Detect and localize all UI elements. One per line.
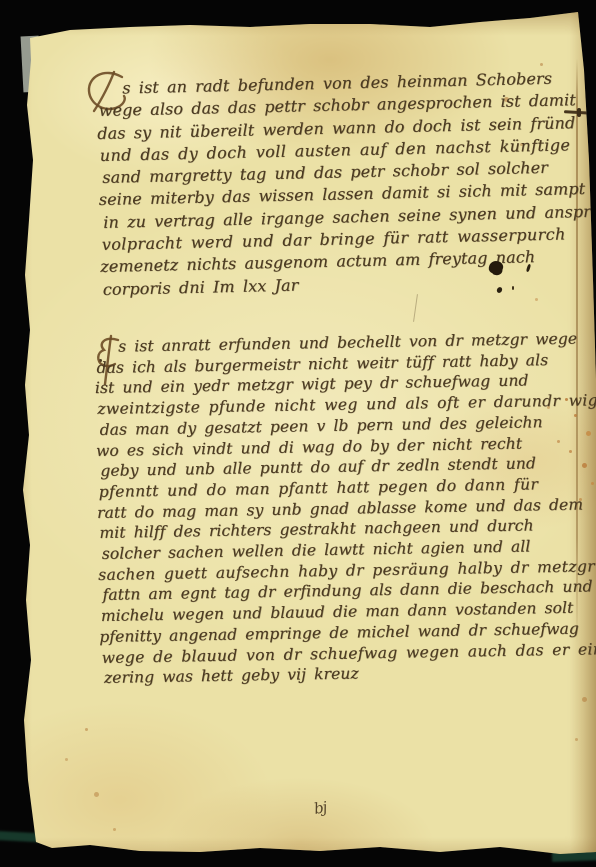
manuscript-photo: s ist an radt befunden von des heinman S… [0, 0, 596, 867]
ink-blot [512, 286, 514, 290]
paragraph-2: s ist anratt erfunden und bechellt von d… [96, 328, 590, 688]
ink-blot [496, 286, 503, 294]
paragraph-1: s ist an radt befunden von des heinman S… [98, 67, 585, 301]
show-through-mark [413, 294, 418, 322]
manuscript-page: s ist an radt befunden von des heinman S… [0, 0, 596, 867]
quire-signature-mark: bj [313, 798, 328, 818]
